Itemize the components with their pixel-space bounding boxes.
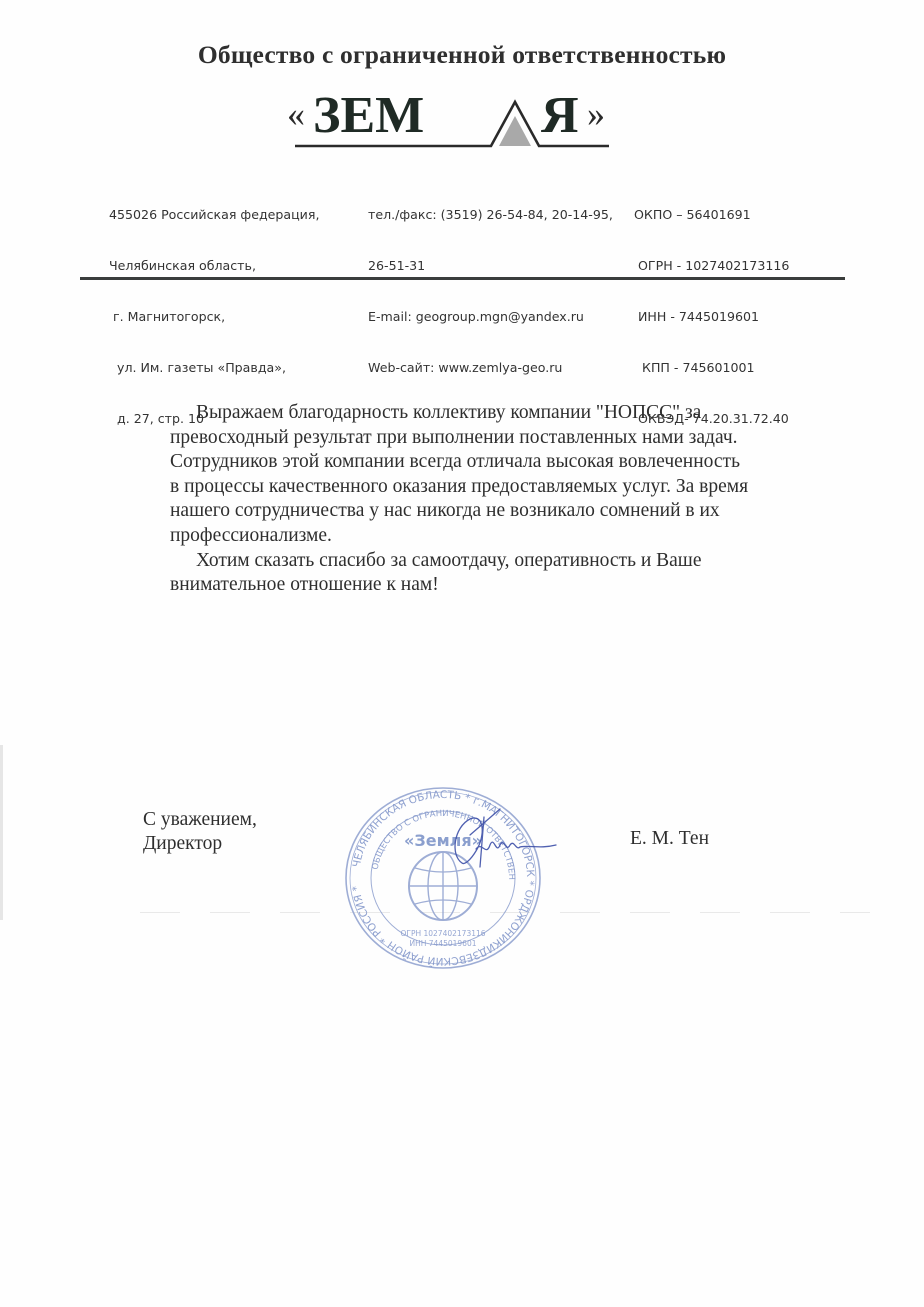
logo-close-quote: »: [587, 94, 605, 134]
svg-text:ОГРН 1027402173116: ОГРН 1027402173116: [400, 929, 485, 938]
handwritten-signature-icon: [440, 805, 560, 880]
ogrn-code: ОГРН - 1027402173116: [634, 257, 789, 274]
company-logo: « ЗЕМ Я »: [283, 88, 619, 152]
logo-text-ya: Я: [541, 88, 579, 144]
body-line: внимательное отношение к нам!: [170, 573, 770, 598]
body-line: нашего сотрудничества у нас никогда не в…: [170, 499, 770, 524]
inn-code: ИНН - 7445019601: [634, 308, 789, 325]
letterhead-divider: [80, 277, 845, 280]
address-line: ул. Им. газеты «Правда»,: [109, 359, 319, 376]
okpo-code: ОКПО – 56401691: [634, 206, 789, 223]
letter-body: Выражаем благодарность коллективу компан…: [170, 401, 770, 598]
scan-edge-artifact: [0, 745, 3, 920]
signer-position: Директор: [143, 832, 257, 856]
logo-open-quote: «: [287, 94, 305, 134]
company-contacts: тел./факс: (3519) 26-54-84, 20-14-95, 26…: [368, 172, 613, 410]
signer-name: Е. М. Тен: [630, 828, 709, 850]
website-line: Web-сайт: www.zemlya-geo.ru: [368, 359, 613, 376]
svg-text:ИНН 7445019601: ИНН 7445019601: [410, 939, 477, 948]
body-line: в процессы качественного оказания предос…: [170, 475, 770, 500]
body-line: Сотрудников этой компании всегда отличал…: [170, 450, 770, 475]
org-type-heading: Общество с ограниченной ответственностью: [0, 40, 924, 70]
closing-block: С уважением, Директор: [143, 808, 257, 856]
letter-page: Общество с ограниченной ответственностью…: [0, 0, 924, 1307]
kpp-code: КПП - 745601001: [634, 359, 789, 376]
body-line: профессионализме.: [170, 524, 770, 549]
address-line: Челябинская область,: [109, 257, 319, 274]
phone-fax-line: тел./факс: (3519) 26-54-84, 20-14-95,: [368, 206, 613, 223]
address-line: г. Магнитогорск,: [109, 308, 319, 325]
address-line: 455026 Российская федерация,: [109, 206, 319, 223]
closing-salutation: С уважением,: [143, 808, 257, 832]
logo-text-zem: ЗЕМ: [313, 88, 424, 144]
email-line: E-mail: geogroup.mgn@yandex.ru: [368, 308, 613, 325]
phone-fax-line-cont: 26-51-31: [368, 257, 613, 274]
body-line: Хотим сказать спасибо за самоотдачу, опе…: [170, 549, 770, 574]
body-line: Выражаем благодарность коллективу компан…: [170, 401, 770, 426]
body-line: превосходный результат при выполнении по…: [170, 426, 770, 451]
